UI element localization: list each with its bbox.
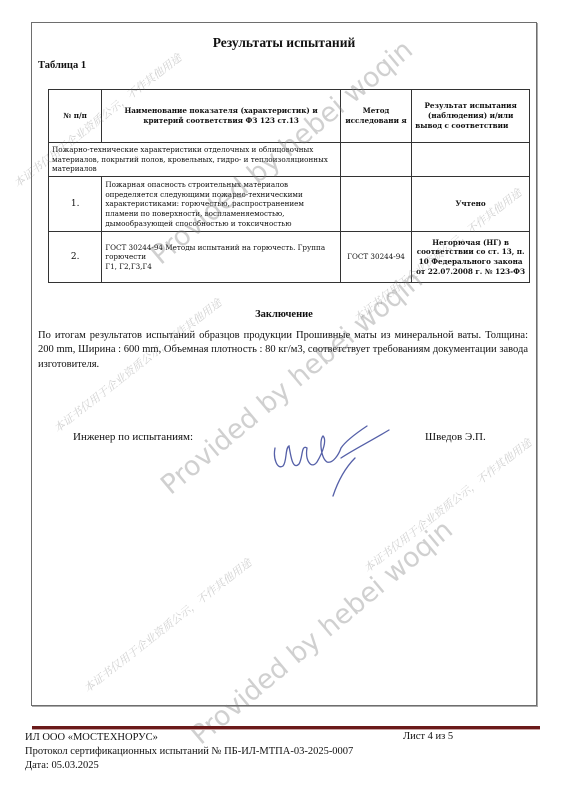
page-number: Лист 4 из 5	[403, 731, 453, 742]
row-method	[340, 177, 411, 232]
header-method: Метод исследовани я	[340, 90, 411, 143]
row-indicator: Пожарная опасность строительных материал…	[102, 177, 340, 232]
row-indicator: ГОСТ 30244-94 Методы испытаний на горюче…	[102, 232, 340, 283]
group-result-cell	[412, 143, 530, 177]
table-group-row: Пожарно-технические характеристики отдел…	[49, 143, 530, 177]
row-number: 2.	[49, 232, 102, 283]
header-indicator: Наименование показателя (характеристик) …	[102, 90, 340, 143]
page-frame: Результаты испытаний Таблица 1 № п/п Наи…	[31, 22, 537, 706]
conclusion-text: По итогам результатов испытаний образцов…	[38, 329, 528, 372]
table-row: 2. ГОСТ 30244-94 Методы испытаний на гор…	[49, 232, 530, 283]
group-description: Пожарно-технические характеристики отдел…	[49, 143, 341, 177]
signature-icon	[267, 418, 397, 498]
row-result: Учтено	[412, 177, 530, 232]
row-indicator-line1: ГОСТ 30244-94 Методы испытаний на горюче…	[105, 243, 336, 262]
footer-date: Дата: 05.03.2025	[25, 759, 353, 773]
footer: ИЛ ООО «МОСТЕХНОРУС» Протокол сертификац…	[25, 731, 353, 773]
conclusion-title: Заключение	[32, 309, 536, 320]
footer-organization: ИЛ ООО «МОСТЕХНОРУС»	[25, 731, 353, 745]
row-indicator-line2: Г1, Г2,Г3,Г4	[105, 262, 336, 272]
footer-protocol: Протокол сертификационных испытаний № ПБ…	[25, 745, 353, 759]
document-title: Результаты испытаний	[32, 35, 536, 51]
signature-name: Шведов Э.П.	[425, 431, 486, 443]
table-row: 1. Пожарная опасность строительных матер…	[49, 177, 530, 232]
table-label: Таблица 1	[38, 60, 86, 71]
header-number: № п/п	[49, 90, 102, 143]
footer-rule-shadow	[32, 729, 540, 730]
results-table: № п/п Наименование показателя (характери…	[48, 89, 530, 283]
row-result: Негорючая (НГ) в соответствии со ст. 13,…	[412, 232, 530, 283]
row-number: 1.	[49, 177, 102, 232]
row-method: ГОСТ 30244-94	[340, 232, 411, 283]
signature-label: Инженер по испытаниям:	[73, 431, 193, 443]
group-method-cell	[340, 143, 411, 177]
table-header-row: № п/п Наименование показателя (характери…	[49, 90, 530, 143]
header-result: Результат испытания (наблюдения) и/или в…	[412, 90, 530, 143]
